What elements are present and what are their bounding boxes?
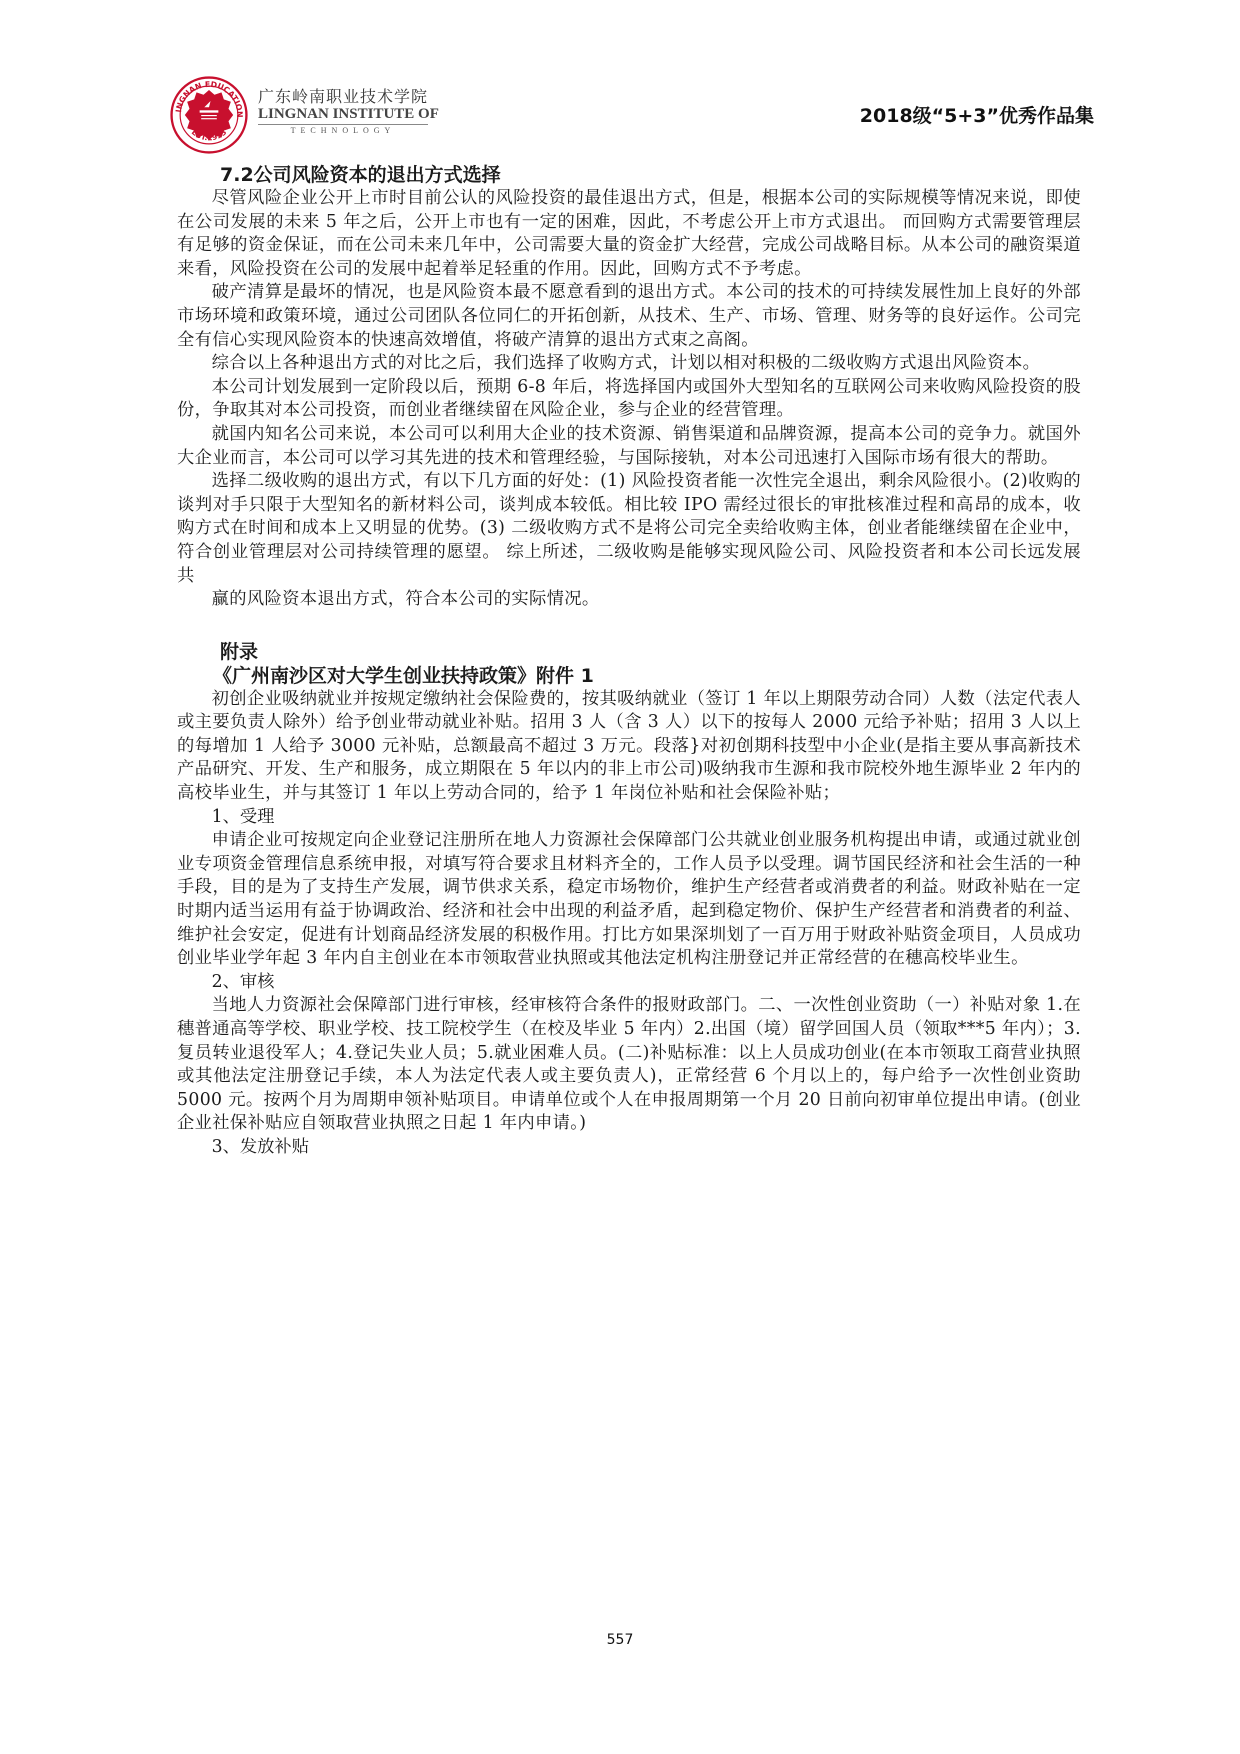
section-spacer (177, 612, 1081, 640)
appendix-item-title-3: 3、发放补贴 (212, 1136, 1081, 1160)
appendix-item-title-2: 2、审核 (212, 971, 1081, 995)
paragraph: 破产清算是最坏的情况，也是风险资本最不愿意看到的退出方式。本公司的技术的可持续发… (177, 281, 1081, 352)
institution-name-block: 广东岭南职业技术学院 LINGNAN INSTITUTE OF TECHNOLO… (258, 88, 428, 137)
appendix-subheading: 《广州南沙区对大学生创业扶持政策》附件 1 (213, 664, 1081, 688)
paragraph: 尽管风险企业公开上市时目前公认的风险投资的最佳退出方式，但是，根据本公司的实际规… (177, 187, 1081, 281)
appendix-item-text-2: 当地人力资源社会保障部门进行审核，经审核符合条件的报财政部门。二、一次性创业资助… (177, 994, 1081, 1136)
institution-name-en: LINGNAN INSTITUTE OF (258, 106, 428, 125)
document-body: 7.2公司风险资本的退出方式选择 尽管风险企业公开上市时目前公认的风险投资的最佳… (177, 163, 1081, 1160)
collection-title: 2018级“5+3”优秀作品集 (860, 101, 1094, 128)
paragraph: 选择二级收购的退出方式，有以下几方面的好处：(1) 风险投资者能一次性完全退出，… (177, 470, 1081, 588)
appendix-intro-paragraph: 初创企业吸纳就业并按规定缴纳社会保险费的，按其吸纳就业（签订 1 年以上期限劳动… (177, 688, 1081, 806)
page-header: LINGNAN EDUCATION EST.1993 广东岭南职业技术学院 LI… (0, 0, 1240, 150)
paragraph: 就国内知名公司来说，本公司可以利用大企业的技术资源、销售渠道和品牌资源，提高本公… (177, 423, 1081, 470)
appendix-heading: 附录 (220, 640, 1081, 664)
institution-name-en-line2: TECHNOLOGY (258, 125, 428, 137)
institution-name-cn: 广东岭南职业技术学院 (258, 88, 428, 106)
appendix-item-text-1: 申请企业可按规定向企业登记注册所在地人力资源社会保障部门公共就业创业服务机构提出… (177, 829, 1081, 971)
page-number: 557 (0, 1632, 1240, 1648)
institution-seal-logo-icon: LINGNAN EDUCATION EST.1993 (170, 76, 248, 154)
paragraph: 综合以上各种退出方式的对比之后，我们选择了收购方式，计划以相对积极的二级收购方式… (177, 352, 1081, 376)
section-heading: 7.2公司风险资本的退出方式选择 (220, 163, 1081, 187)
paragraph: 本公司计划发展到一定阶段以后，预期 6-8 年后，将选择国内或国外大型知名的互联… (177, 376, 1081, 423)
appendix-item-title-1: 1、受理 (212, 806, 1081, 830)
paragraph: 赢的风险资本退出方式，符合本公司的实际情况。 (177, 588, 1081, 612)
